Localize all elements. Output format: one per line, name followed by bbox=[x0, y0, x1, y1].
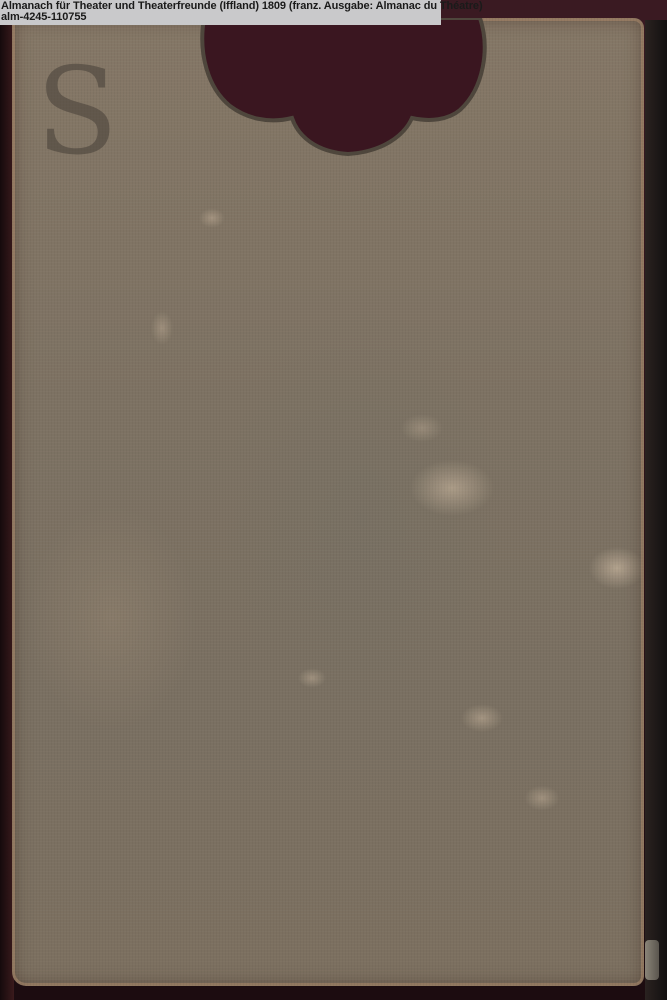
image-caption: Almanach für Theater und Theaterfreunde … bbox=[0, 0, 441, 25]
corner-clasp bbox=[645, 940, 659, 980]
monogram-letter: S bbox=[36, 58, 116, 168]
fore-edge bbox=[645, 20, 667, 1000]
quatrefoil-cutout bbox=[198, 18, 488, 158]
caption-id: alm-4245-110755 bbox=[1, 12, 441, 23]
